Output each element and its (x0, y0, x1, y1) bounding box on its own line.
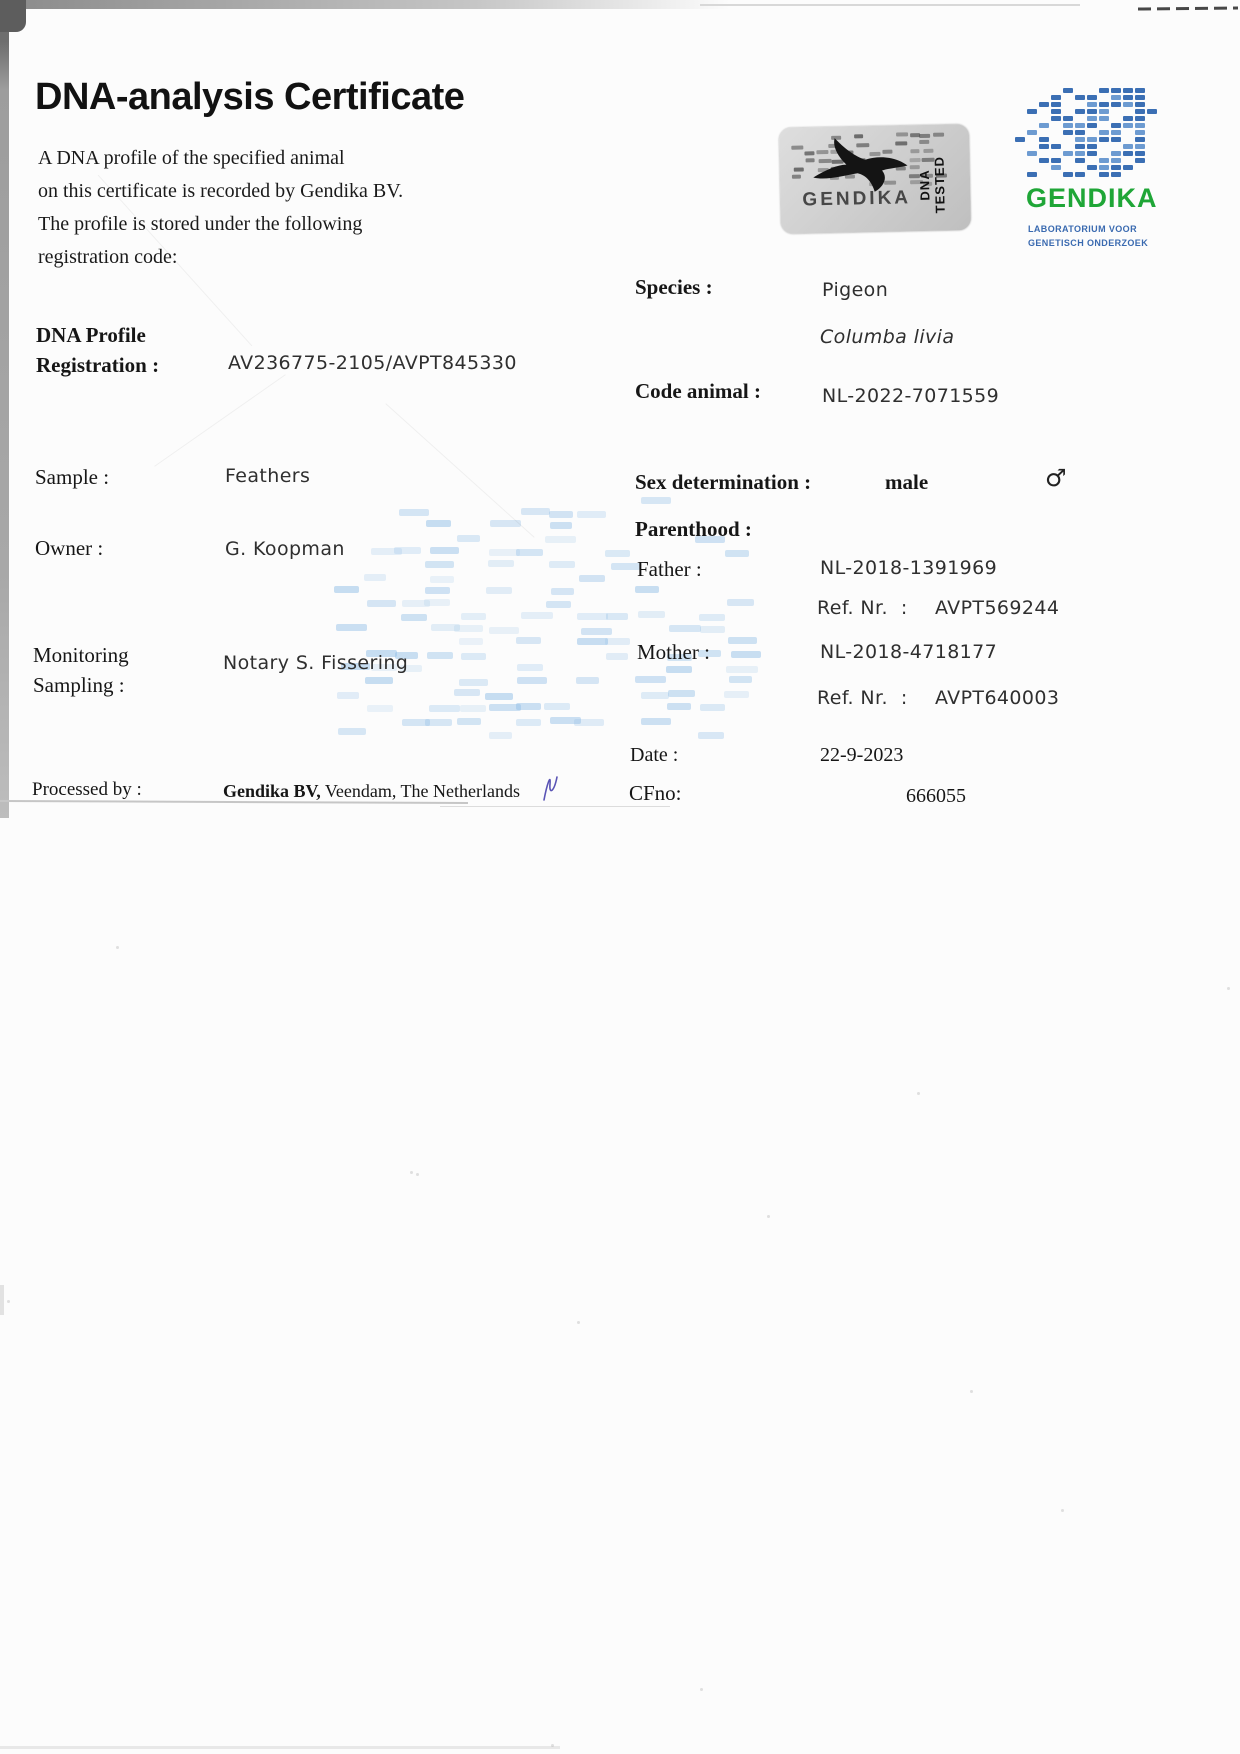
paper-speck (577, 1321, 580, 1324)
paper-speck (970, 1390, 973, 1393)
logo-subtitle-2: GENETISCH ONDERZOEK (1028, 238, 1148, 248)
page-title: DNA-analysis Certificate (35, 76, 464, 119)
father-value: NL-2018-1391969 (820, 557, 997, 579)
dna-tested-stamp: DNA TESTED (916, 139, 948, 232)
scan-left-edge (0, 0, 9, 818)
paper-speck (410, 1171, 413, 1174)
intro-text: A DNA profile of the specified animal on… (38, 142, 498, 274)
mother-ref-value: AVPT640003 (935, 687, 1059, 709)
father-label: Father : (637, 557, 702, 582)
mother-label: Mother : (637, 640, 710, 665)
processed-by-label: Processed by : (32, 779, 142, 801)
scan-corner-blob (0, 0, 26, 32)
sample-value: Feathers (225, 465, 310, 487)
paper-speck (1227, 987, 1230, 990)
cfno-label: CFno: (629, 781, 682, 806)
sex-value: male (885, 470, 928, 495)
father-ref-label: Ref. Nr. : (817, 597, 908, 619)
logo-gel-icon (1015, 88, 1165, 183)
scan-top-right-dash (1138, 6, 1238, 10)
scan-smudge (0, 1285, 4, 1315)
paper-speck (1061, 1509, 1064, 1512)
processed-company: Gendika BV, (223, 781, 321, 801)
paper-speck (700, 1688, 703, 1691)
logo-brand: GENDIKA (1026, 183, 1158, 214)
owner-label: Owner : (35, 536, 103, 561)
monitoring-label: Monitoring Sampling : (33, 640, 129, 700)
hologram-sticker: GENDIKA DNA TESTED (779, 124, 971, 234)
owner-value: G. Koopman (225, 538, 345, 560)
species-value: Pigeon (822, 279, 888, 301)
paper-speck (917, 1092, 920, 1095)
paper-crease (154, 374, 286, 467)
registration-label: DNA Profile Registration : (36, 320, 159, 380)
paper-speck (116, 946, 119, 949)
father-ref-value: AVPT569244 (935, 597, 1059, 619)
registration-value: AV236775-2105/AVPT845330 (228, 352, 517, 374)
sample-label: Sample : (35, 465, 109, 490)
mother-value: NL-2018-4718177 (820, 641, 997, 663)
paper-speck (7, 1300, 10, 1303)
pigeon-icon (803, 133, 916, 195)
species-latin: Columba livia (820, 326, 954, 348)
paper-speck (551, 1744, 554, 1747)
cfno-value: 666055 (906, 785, 966, 808)
scan-bottom-line-faint (440, 806, 670, 807)
code-animal-value: NL-2022-7071559 (822, 385, 999, 407)
mother-ref-label: Ref. Nr. : (817, 687, 908, 709)
parenthood-label: Parenthood : (635, 517, 752, 542)
date-value: 22-9-2023 (820, 744, 903, 767)
scan-top-edge (0, 0, 730, 9)
processed-by-value: Gendika BV, Veendam, The Netherlands (223, 781, 520, 802)
certificate-page: DNA-analysis Certificate A DNA profile o… (0, 0, 1240, 1754)
scan-bottom-edge (0, 1746, 560, 1749)
pen-squiggle (540, 770, 562, 804)
scan-top-edge-faint (700, 4, 1080, 6)
date-label: Date : (630, 744, 678, 767)
male-symbol: ♂ (1045, 464, 1067, 492)
species-label: Species : (635, 275, 713, 300)
code-animal-label: Code animal : (635, 379, 761, 404)
hologram-brand-label: GENDIKA (802, 187, 911, 211)
monitoring-value: Notary S. Fissering (223, 652, 408, 674)
paper-speck (767, 1215, 770, 1218)
logo-subtitle-1: LABORATORIUM VOOR (1028, 224, 1137, 234)
paper-speck (416, 1173, 419, 1176)
sex-determination-label: Sex determination : (635, 470, 811, 495)
processed-location: Veendam, The Netherlands (321, 781, 520, 801)
